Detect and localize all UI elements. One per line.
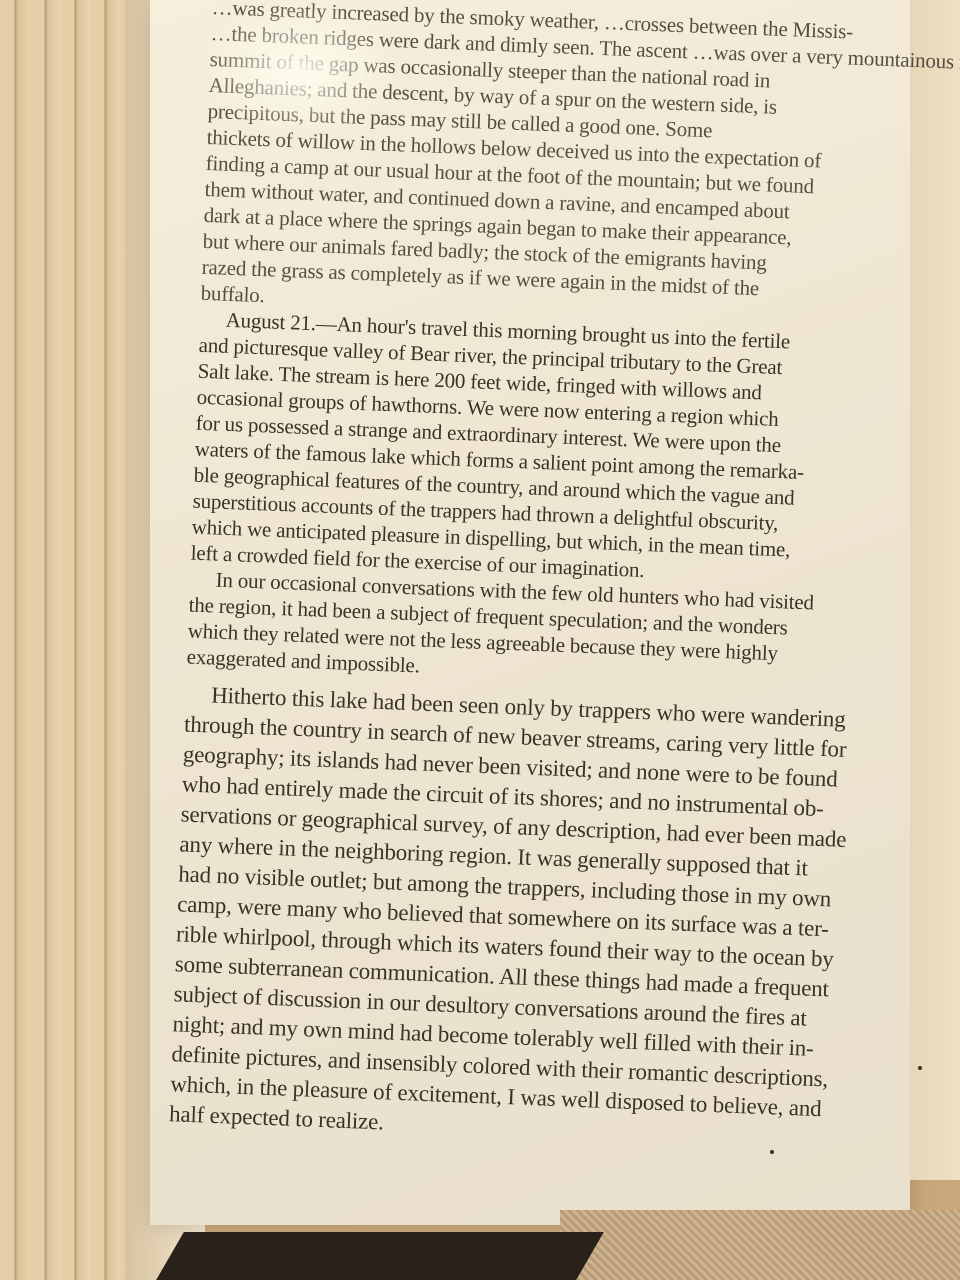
book-cover-edge — [156, 1232, 604, 1280]
paragraph-august-21: August 21.—An hour's travel this morning… — [190, 306, 879, 592]
top-fragment: …was greatly increased by the smoky weat… — [200, 0, 891, 332]
ink-speck — [918, 1066, 922, 1070]
book-page-edges — [0, 0, 125, 1280]
background-right — [910, 0, 960, 1180]
burlap-background — [560, 1210, 960, 1280]
paragraph-hitherto: Hitherto this lake had been seen only by… — [169, 679, 866, 1155]
page-text: …was greatly increased by the smoky weat… — [169, 0, 892, 1155]
ink-speck — [770, 1150, 774, 1154]
